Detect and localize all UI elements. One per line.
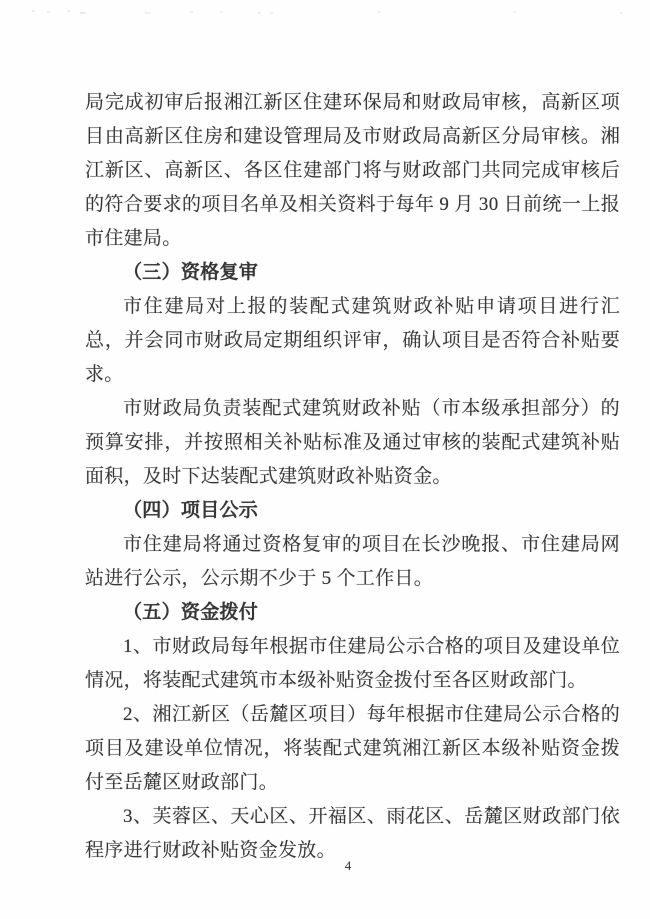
section-heading-fund-allocation: （五）资金拨付 — [85, 596, 620, 630]
paragraph-numbered-3: 3、芙蓉区、天心区、开福区、雨花区、岳麓区财政部门依程序进行财政补贴资金发放。 — [85, 800, 620, 868]
paragraph-numbered-1: 1、市财政局每年根据市住建局公示合格的项目及建设单位情况，将装配式建筑市本级补贴… — [85, 630, 620, 698]
paragraph-continuation: 局完成初审后报湘江新区住建环保局和财政局审核，高新区项目由高新区住房和建设管理局… — [85, 86, 620, 256]
paragraph: 市住建局将通过资格复审的项目在长沙晚报、市住建局网站进行公示，公示期不少于 5 … — [85, 528, 620, 596]
scanned-document-page: 局完成初审后报湘江新区住建环保局和财政局审核，高新区项目由高新区住房和建设管理局… — [0, 0, 650, 919]
scan-artifact-specks — [32, 10, 35, 12]
paragraph: 市财政局负责装配式建筑财政补贴（市本级承担部分）的预算安排，并按照相关补贴标准及… — [85, 392, 620, 494]
paragraph-numbered-2: 2、湘江新区（岳麓区项目）每年根据市住建局公示合格的项目及建设单位情况，将装配式… — [85, 698, 620, 800]
document-body: 局完成初审后报湘江新区住建环保局和财政局审核，高新区项目由高新区住房和建设管理局… — [85, 86, 620, 868]
paragraph: 市住建局对上报的装配式建筑财政补贴申请项目进行汇总，并会同市财政局定期组织评审，… — [85, 290, 620, 392]
section-heading-project-publicity: （四）项目公示 — [85, 494, 620, 528]
page-number: 4 — [345, 858, 352, 874]
section-heading-qualification-review: （三）资格复审 — [85, 256, 620, 290]
